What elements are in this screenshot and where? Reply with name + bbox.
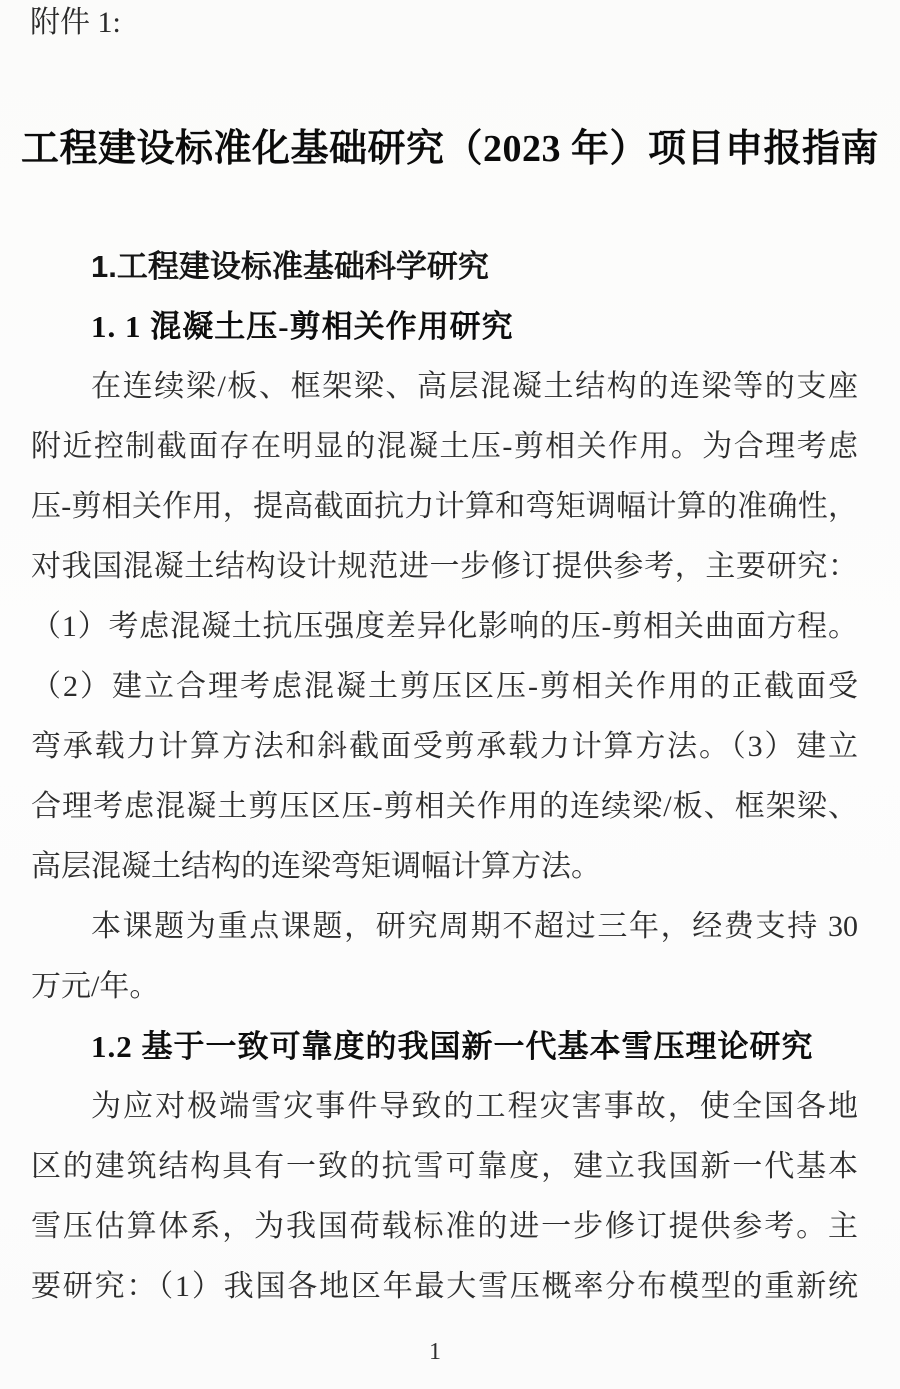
paragraph-line: 雪压估算体系，为我国荷载标准的进一步修订提供参考。主	[31, 1197, 858, 1257]
document-title: 工程建设标准化基础研究（2023 年）项目申报指南	[15, 122, 885, 176]
paragraph-line: 本课题为重点课题，研究周期不超过三年，经费支持 30	[31, 897, 858, 957]
paragraph-line: 要研究：（1）我国各地区年最大雪压概率分布模型的重新统	[31, 1257, 858, 1317]
paragraph-line: （2）建立合理考虑混凝土剪压区压-剪相关作用的正截面受	[31, 657, 858, 717]
section-1-heading: 1.工程建设标准基础科学研究	[31, 237, 858, 297]
paragraph-line: （1）考虑混凝土抗压强度差异化影响的压-剪相关曲面方程。	[31, 597, 858, 657]
attachment-label: 附件 1:	[30, 0, 121, 46]
subsection-1-2-heading: 1.2 基于一致可靠度的我国新一代基本雪压理论研究	[31, 1017, 858, 1077]
paragraph-line: 万元/年。	[31, 957, 858, 1017]
page-number: 1	[0, 1332, 870, 1372]
paragraph-line: 附近控制截面存在明显的混凝土压-剪相关作用。为合理考虑	[31, 417, 858, 477]
paragraph-line: 合理考虑混凝土剪压区压-剪相关作用的连续梁/板、框架梁、	[31, 777, 858, 837]
document-body: 1.工程建设标准基础科学研究 1. 1 混凝土压-剪相关作用研究 在连续梁/板、…	[31, 237, 858, 1317]
paragraph-line: 压-剪相关作用，提高截面抗力计算和弯矩调幅计算的准确性，	[31, 477, 858, 537]
subsection-1-1-heading: 1. 1 混凝土压-剪相关作用研究	[31, 297, 858, 357]
paragraph-line: 为应对极端雪灾事件导致的工程灾害事故，使全国各地	[31, 1077, 858, 1137]
paragraph-line: 在连续梁/板、框架梁、高层混凝土结构的连梁等的支座	[31, 357, 858, 417]
paragraph-line: 弯承载力计算方法和斜截面受剪承载力计算方法。（3）建立	[31, 717, 858, 777]
paragraph-line: 对我国混凝土结构设计规范进一步修订提供参考，主要研究：	[31, 537, 858, 597]
paragraph-line: 区的建筑结构具有一致的抗雪可靠度，建立我国新一代基本	[31, 1137, 858, 1197]
document-page: 附件 1: 工程建设标准化基础研究（2023 年）项目申报指南 1.工程建设标准…	[0, 0, 900, 1389]
paragraph-line: 高层混凝土结构的连梁弯矩调幅计算方法。	[31, 837, 858, 897]
